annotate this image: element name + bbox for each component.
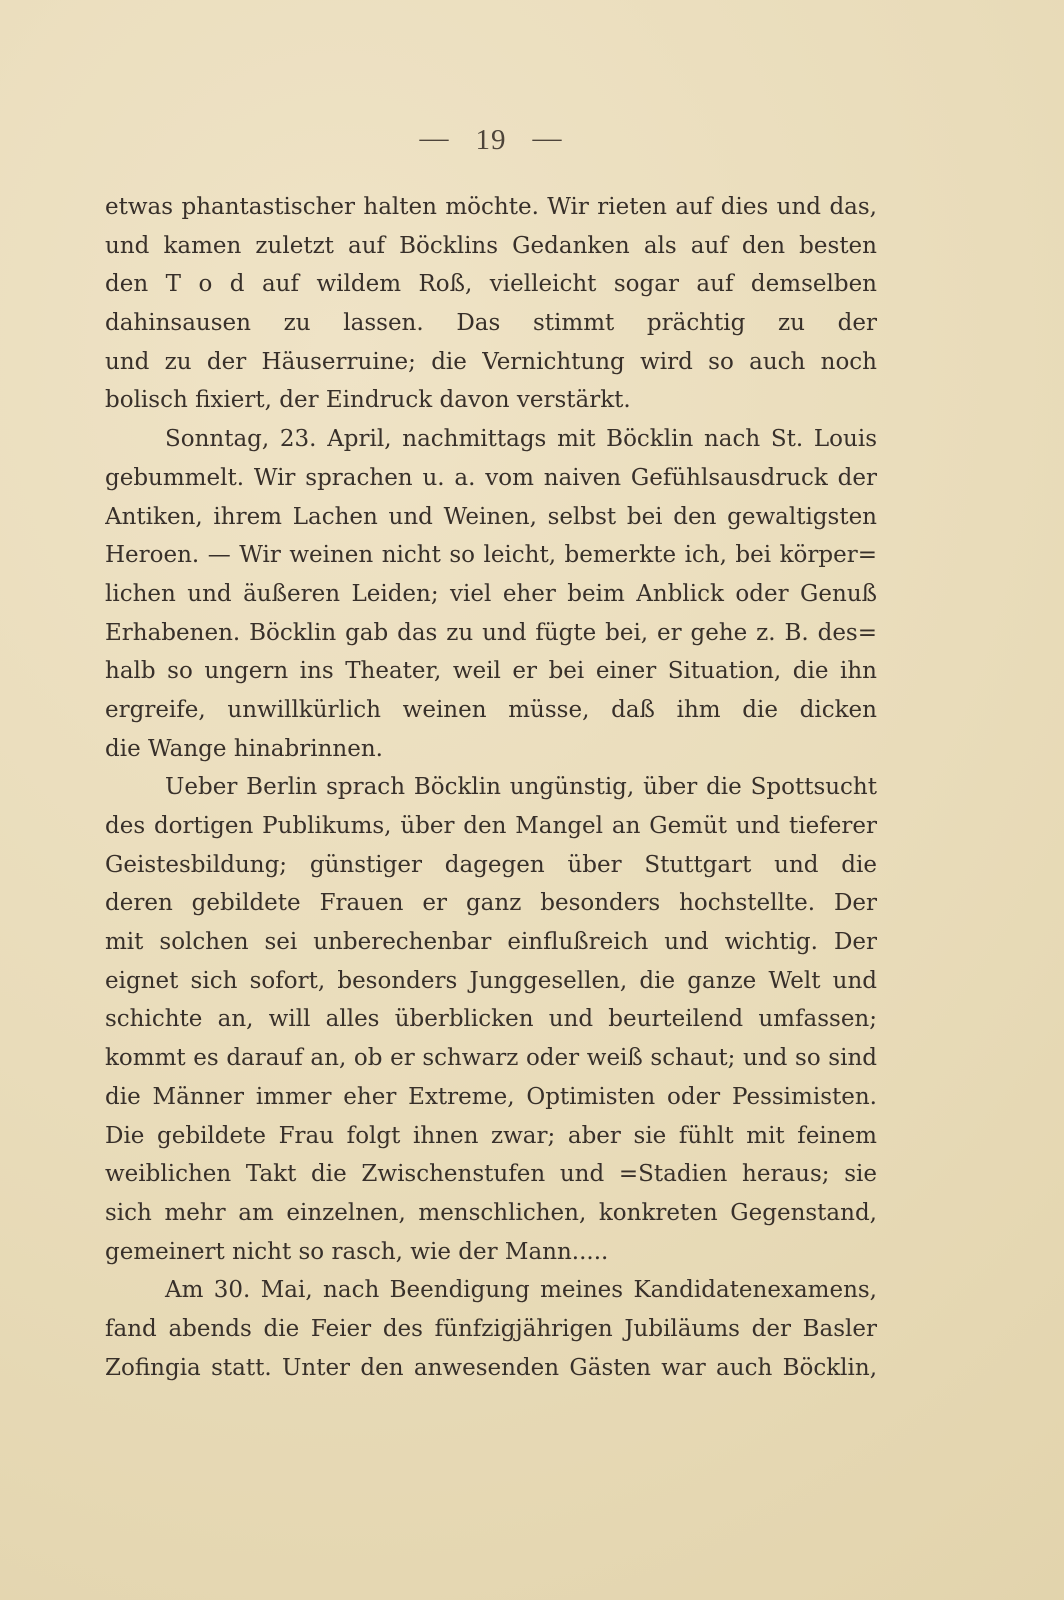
paragraph-3: Ueber Berlin sprach Böcklin ungünstig, ü…	[105, 768, 877, 1271]
text-line: halb so ungern ins Theater, weil er bei …	[105, 652, 877, 691]
text-line: lichen und äußeren Leiden; viel eher bei…	[105, 575, 877, 614]
text-line: kommt es darauf an, ob er schwarz oder w…	[105, 1039, 877, 1078]
page-header: —19—	[105, 124, 877, 157]
text-line: und kamen zuletzt auf Böcklins Gedanken …	[105, 227, 877, 266]
book-page-scan: —19— etwas phantastischer halten möchte.…	[0, 0, 1064, 1600]
text-line: Die gebildete Frau folgt ihnen zwar; abe…	[105, 1117, 877, 1156]
text-line: Am 30. Mai, nach Beendigung meines Kandi…	[105, 1271, 877, 1310]
text-line: bolisch fixiert, der Eindruck davon vers…	[105, 381, 877, 420]
text-line: Zofingia statt. Unter den anwesenden Gäs…	[105, 1349, 877, 1388]
text-line: des dortigen Publikums, über den Mangel …	[105, 807, 877, 846]
text-line: und zu der Häuserruine; die Vernichtung …	[105, 343, 877, 382]
text-line: Heroen. — Wir weinen nicht so leicht, be…	[105, 536, 877, 575]
text-line: fand abends die Feier des fünfzigjährige…	[105, 1310, 877, 1349]
text-line: deren gebildete Frauen er ganz besonders…	[105, 884, 877, 923]
paragraph-4: Am 30. Mai, nach Beendigung meines Kandi…	[105, 1271, 877, 1387]
text-line: den T o d auf wildem Roß, vielleicht sog…	[105, 265, 877, 304]
page-number: 19	[476, 124, 507, 156]
text-line: eignet sich sofort, besonders Junggesell…	[105, 962, 877, 1001]
text-line: Geistesbildung; günstiger dagegen über S…	[105, 846, 877, 885]
text-line: Sonntag, 23. April, nachmittags mit Böck…	[105, 420, 877, 459]
paragraph-2: Sonntag, 23. April, nachmittags mit Böck…	[105, 420, 877, 768]
header-dash-right: —	[533, 122, 563, 155]
text-line: Antiken, ihrem Lachen und Weinen, selbst…	[105, 498, 877, 537]
text-line: etwas phantastischer halten möchte. Wir …	[105, 188, 877, 227]
text-line: schichte an, will alles überblicken und …	[105, 1000, 877, 1039]
text-line: ergreife, unwillkürlich weinen müsse, da…	[105, 691, 877, 730]
text-line: mit solchen sei unberechenbar einflußrei…	[105, 923, 877, 962]
text-line: dahinsausen zu lassen. Das stimmt prächt…	[105, 304, 877, 343]
text-line: weiblichen Takt die Zwischenstufen und =…	[105, 1155, 877, 1194]
text-line: gebummelt. Wir sprachen u. a. vom naiven…	[105, 459, 877, 498]
text-line: Ueber Berlin sprach Böcklin ungünstig, ü…	[105, 768, 877, 807]
text-line: sich mehr am einzelnen, menschlichen, ko…	[105, 1194, 877, 1233]
text-line: die Wange hinabrinnen.	[105, 730, 877, 769]
text-line: Erhabenen. Böcklin gab das zu und fügte …	[105, 614, 877, 653]
paragraph-1: etwas phantastischer halten möchte. Wir …	[105, 188, 877, 420]
header-dash-left: —	[420, 122, 450, 155]
text-line: gemeinert nicht so rasch, wie der Mann..…	[105, 1233, 877, 1272]
text-line: die Männer immer eher Extreme, Optimiste…	[105, 1078, 877, 1117]
body-text-block: etwas phantastischer halten möchte. Wir …	[105, 188, 877, 1387]
